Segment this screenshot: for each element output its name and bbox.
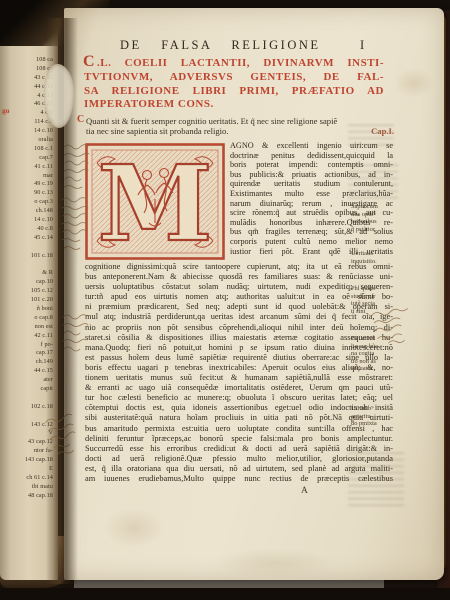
folio-number: I bbox=[360, 38, 364, 53]
margin-note-line: sequatur bbox=[351, 365, 403, 373]
text-line: staret.si cõsilia & dispositiones illius… bbox=[85, 333, 393, 343]
background-bottom bbox=[0, 588, 450, 600]
page-stain bbox=[394, 68, 434, 98]
margin-note-line: tio non as bbox=[351, 358, 403, 366]
show-through-smudge bbox=[348, 452, 404, 510]
text-line: deliniti feruntur ĩpræceps,ac bonorũ spe… bbox=[85, 434, 393, 444]
text-line: uersis uoluptatibus cõstat:ut solam nudã… bbox=[85, 282, 393, 292]
margin-note: Sapĩa cumdiis opib⁹honoribusq̃ pstãtior bbox=[351, 203, 403, 233]
show-through-smudge bbox=[348, 124, 394, 150]
text-line: tur hoc cælesti beneficio ac munere:q; o… bbox=[85, 393, 393, 403]
page-stain bbox=[214, 548, 334, 578]
text-line: nio ac propriis non põt sensibus cõprehe… bbox=[85, 323, 393, 333]
margin-note-line: Phl quãto bbox=[351, 285, 403, 293]
margin-note-line: inquisitio. bbox=[351, 258, 403, 266]
margin-note: Ueritatisinquisitio. bbox=[351, 250, 403, 265]
text-line: cognitione dignissimi:quã scire tantoope… bbox=[85, 262, 393, 272]
page-stain bbox=[104, 508, 164, 548]
handwritten-annotation bbox=[369, 304, 416, 348]
text-line: bus anteponerent.Nam & abiecisse quosdã … bbox=[85, 272, 393, 282]
text-line: & erranti ac uago uiã consequẽdæ imortal… bbox=[85, 383, 393, 393]
incipit-title: C .L. COELII LACTANTII, DIVINARVM INSTI-… bbox=[84, 57, 384, 112]
index-red-fragment: go bbox=[2, 106, 10, 115]
margin-note-line: studio uir bbox=[351, 293, 403, 301]
text-line: cõtemptui doctis est, quia idoneis asser… bbox=[85, 403, 393, 413]
text-line: tur:tñ apud eos uirtutis nomen atq; auth… bbox=[85, 292, 393, 302]
book-photograph: 108 ca108 ca43 c.1244 c.134 c.1346 c.204… bbox=[0, 0, 450, 600]
text-line: mul atq; industriã perdiderunt,qa uerita… bbox=[85, 312, 393, 322]
woodcut-initial-M: M bbox=[85, 143, 225, 260]
margin-note-line: Uirtutib⁹ bbox=[351, 405, 403, 413]
margin-note-line: honoribus bbox=[351, 218, 403, 226]
running-title: DE FALSA RELIGIONE bbox=[120, 38, 370, 53]
text-line: bus amaritudo permixta est:uitia uero uo… bbox=[85, 424, 393, 434]
margin-note-line: diis opib⁹ bbox=[351, 211, 403, 219]
text-line: am iuuenes erudiebamus,Multo quippe nunc… bbox=[85, 474, 393, 484]
margin-note-line: do pmixta bbox=[351, 420, 403, 428]
margin-note-line: q̃ pstãtior bbox=[351, 226, 403, 234]
incipit-line: SA RELIGIONE LIBRI PRIMI, PRÆFATIO AD bbox=[84, 85, 384, 99]
margin-note-line: Sapĩa cum bbox=[351, 203, 403, 211]
text-line: Succurredũ esse his erroribus credidi:ut… bbox=[85, 444, 393, 454]
paragraph-mark: C bbox=[77, 115, 84, 125]
book-page-recto: DE FALSA RELIGIONE I C .L. COELII LACTAN… bbox=[64, 8, 444, 580]
text-line: tionem ueritatis munus suũ fecit:ut & hu… bbox=[85, 373, 393, 383]
incipit-line: .L. COELII LACTANTII, DIVINARVM INSTI- bbox=[84, 57, 384, 71]
text-line: ni præmium prædicarent, Sed neq; adepti … bbox=[85, 302, 393, 312]
text-line: mana.Quodq; fieri nõ potuit,ut homini p … bbox=[85, 343, 393, 353]
margin-note-line: Ueritatis bbox=[351, 250, 403, 258]
incipit-line: IMPERATOREM CONS. bbox=[84, 98, 384, 112]
margin-note: Uirtutib⁹amaritu-do pmixta bbox=[351, 405, 403, 428]
margin-note-line: na cogita bbox=[351, 350, 403, 358]
text-line: sibi austeritatẽ:quã natura hoĩam procli… bbox=[85, 413, 393, 423]
text-line: est passus hoĩem deus lumẽ sapiẽtiæ requ… bbox=[85, 353, 393, 363]
text-line: docti ad uerã religionẽ.Quæ pfessio mult… bbox=[85, 454, 393, 464]
margin-note-line: amaritu- bbox=[351, 413, 403, 421]
capitulum-mark: C bbox=[83, 55, 95, 69]
signature-mark: A bbox=[301, 486, 308, 496]
body-text: M AGNO & excellenti ingenio uiri:cum sed… bbox=[85, 141, 393, 484]
show-through-smudge bbox=[348, 164, 398, 202]
text-line: boris effectu uagari p tenebras inextric… bbox=[85, 363, 393, 373]
text-line: doctrinæ penitus dedidissent,quicquid la bbox=[230, 151, 393, 161]
incipit-line: TVTIONVM, ADVERSVS GENTEIS, DE FAL- bbox=[84, 71, 384, 85]
text-line: est, q̃ illa oratoriana qua diu uersati,… bbox=[85, 464, 393, 474]
text-line: corporis putent cultũ nemo melior nemo bbox=[230, 237, 393, 247]
